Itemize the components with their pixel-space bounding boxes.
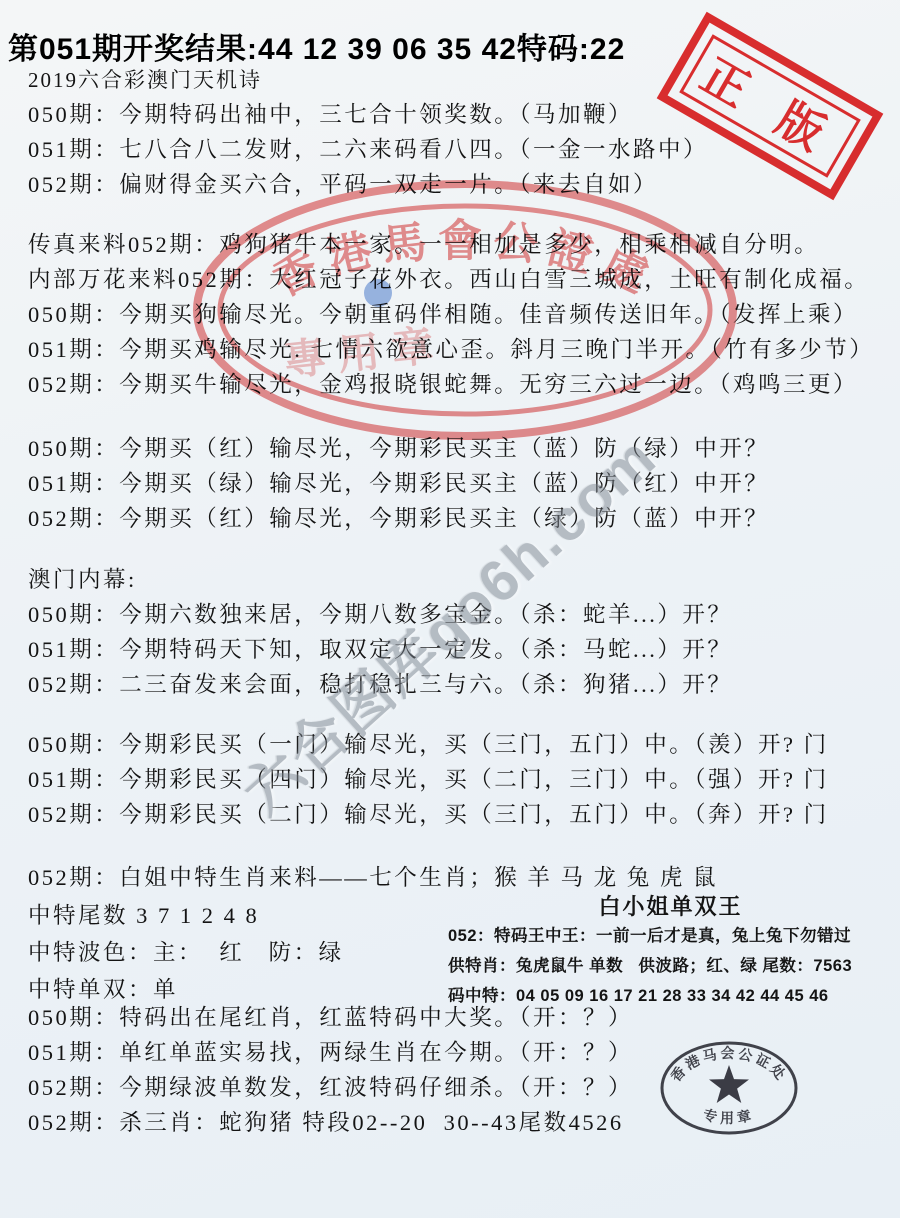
black-oval-stamp-arc-text: 香港马会公证处	[667, 1045, 790, 1085]
lottery-sheet-page: { "header": { "result_title": "第051期开奖结果…	[0, 0, 900, 1218]
final-line: 051期：单红单蓝实易找，两绿生肖在今期。（开：？）	[28, 1035, 633, 1070]
fax-line: 050期：今期买狗输尽光。今朝重码伴相随。佳音频传送旧年。（发挥上乘）	[28, 297, 874, 332]
door-line: 050期：今期彩民买（一门）输尽光，买（三门，五门）中。（羡）开? 门	[28, 727, 829, 762]
color-tips-section: 050期：今期买（红）输尽光，今期彩民买主（蓝）防（绿）中开？ 051期：今期买…	[28, 431, 769, 536]
final-line: 052期：今期绿波单数发，红波特码仔细杀。（开：？）	[28, 1070, 633, 1105]
svg-text:专用章: 专用章	[702, 1106, 757, 1126]
macau-line: 050期：今期六数独来居，今期八数多宝金。（杀：蛇羊...）开？	[28, 597, 732, 632]
fax-line: 传真来料052期：鸡狗猪牛本一家。一一相加是多少，相乘相减自分明。	[28, 227, 874, 262]
color-tip-line: 050期：今期买（红）输尽光，今期彩民买主（蓝）防（绿）中开？	[28, 431, 769, 466]
fax-line: 内部万花来料052期：大红冠子花外衣。西山白雪三城成，土旺有制化成福。	[28, 262, 874, 297]
poem-line: 051期：七八合八二发财，二六来码看八四。（一金一水路中）	[28, 132, 708, 167]
black-oval-stamp-bottom-text: 专用章	[702, 1106, 757, 1126]
svg-text:香港马会公证处: 香港马会公证处	[667, 1045, 790, 1085]
black-oval-stamp-ring	[662, 1043, 796, 1133]
macau-line: 052期：二三奋发来会面，稳打稳扎三与六。（杀：狗猪...）开？	[28, 667, 732, 702]
fax-line: 052期：今期买牛输尽光，金鸡报晓银蛇舞。无穷三六过一边。（鸡鸣三更）	[28, 367, 874, 402]
macau-section: 050期：今期六数独来居，今期八数多宝金。（杀：蛇羊...）开？ 051期：今期…	[28, 597, 732, 702]
doors-section: 050期：今期彩民买（一门）输尽光，买（三门，五门）中。（羡）开? 门 051期…	[28, 727, 829, 832]
poem-line: 050期：今期特码出袖中，三七合十领奖数。（马加鞭）	[28, 97, 708, 132]
tail-numbers-line: 中特尾数 3 7 1 2 4 8	[28, 897, 344, 934]
fax-line: 051期：今期买鸡输尽光. 七情六欲意心歪。斜月三晚门半开。（竹有多少节）	[28, 332, 874, 367]
poem-line: 052期：偏财得金买六合，平码一双走一片。（来去自如）	[28, 167, 708, 202]
final-line: 052期：杀三肖：蛇狗猪 特段02--20 30--43尾数4526	[28, 1105, 633, 1140]
white-lady-title: 白小姐单双王	[448, 890, 893, 921]
star-icon	[709, 1065, 749, 1103]
black-oval-stamp: 香港马会公证处 专用章	[644, 1028, 814, 1148]
final-line: 050期：特码出在尾红肖，红蓝特码中大奖。（开：？）	[28, 1000, 633, 1035]
color-tip-line: 051期：今期买（绿）输尽光，今期彩民买主（蓝）防（红）中开？	[28, 466, 769, 501]
door-line: 051期：今期彩民买（四门）输尽光，买（二门，三门）中。（强）开? 门	[28, 762, 829, 797]
white-lady-line: 供特肖：兔虎鼠牛 单数 供波路；红、绿 尾数：7563	[448, 951, 893, 981]
wave-color-line: 中特波色：主： 红 防：绿	[28, 934, 344, 971]
macau-line: 051期：今期特码天下知，取双定大一定发。（杀：马蛇...）开？	[28, 632, 732, 667]
result-title: 第051期开奖结果:44 12 39 06 35 42特码:22	[8, 24, 625, 68]
white-lady-panel: 白小姐单双王 052：特码王中王：一前一后才是真，兔上兔下勿错过 供特肖：兔虎鼠…	[448, 890, 893, 1011]
authentic-stamp-text: 正 版	[692, 49, 845, 167]
poem-series-title: 2019六合彩澳门天机诗	[28, 64, 262, 94]
door-line: 052期：今期彩民买（二门）输尽光，买（三门，五门）中。（奔）开? 门	[28, 797, 829, 832]
poems-section: 050期：今期特码出袖中，三七合十领奖数。（马加鞭） 051期：七八合八二发财，…	[28, 97, 708, 202]
macau-heading: 澳门内幕:	[28, 562, 137, 594]
baijie-left-column: 中特尾数 3 7 1 2 4 8 中特波色：主： 红 防：绿 中特单双：单	[28, 897, 344, 1008]
color-tip-line: 052期：今期买（红）输尽光，今期彩民买主（绿）防（蓝）中开？	[28, 501, 769, 536]
white-lady-line: 052：特码王中王：一前一后才是真，兔上兔下勿错过	[448, 921, 893, 951]
final-section: 050期：特码出在尾红肖，红蓝特码中大奖。（开：？） 051期：单红单蓝实易找，…	[28, 1000, 633, 1140]
fax-section: 传真来料052期：鸡狗猪牛本一家。一一相加是多少，相乘相减自分明。 内部万花来料…	[28, 227, 874, 402]
